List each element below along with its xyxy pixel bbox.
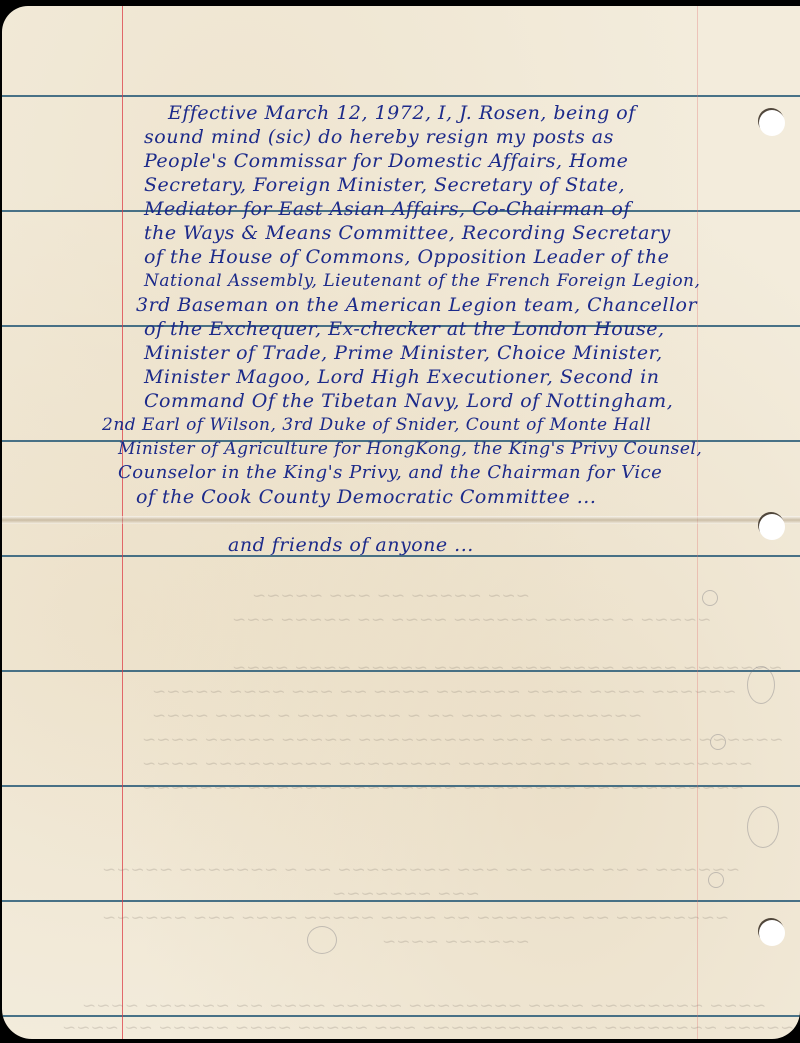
letter-line: Counselor in the King's Privy, and the C…: [118, 461, 662, 485]
letter-line: the Ways & Means Committee, Recording Se…: [144, 221, 671, 245]
letter-line: Minister of Trade, Prime Minister, Choic…: [144, 341, 663, 365]
fold-crease: [2, 516, 800, 524]
profile-sketch: [747, 806, 779, 848]
letter-line: of the Cook County Democratic Committee …: [136, 485, 596, 509]
letter-line: Mediator for East Asian Affairs, Co-Chai…: [144, 197, 631, 221]
flower-sketch: [307, 926, 337, 954]
letter-line: Minister Magoo, Lord High Executioner, S…: [144, 365, 659, 389]
punch-hole-middle: [759, 514, 785, 540]
letter-line: of the Exchequer, Ex-checker at the Lond…: [144, 317, 665, 341]
letter-line: Minister of Agriculture for HongKong, th…: [118, 437, 702, 461]
circled-number-mark: [708, 872, 724, 888]
profile-sketch: [747, 666, 775, 704]
letter-line: 2nd Earl of Wilson, 3rd Duke of Snider, …: [102, 413, 651, 437]
circled-number-mark: [710, 734, 726, 750]
letter-line: National Assembly, Lieutenant of the Fre…: [144, 269, 700, 293]
letter-line: of the House of Commons, Opposition Lead…: [144, 245, 669, 269]
punch-hole-top: [759, 110, 785, 136]
letter-line: 3rd Baseman on the American Legion team,…: [136, 293, 697, 317]
letter-line: Effective March 12, 1972, I, J. Rosen, b…: [168, 101, 636, 125]
punch-hole-bottom: [759, 920, 785, 946]
letter-line: People's Commissar for Domestic Affairs,…: [144, 149, 628, 173]
circled-number-mark: [702, 590, 718, 606]
notebook-paper: ~~~ ~~~~~ ~~ ~~~ ~~~~~ ~~~~~ ~ ~~~~~ ~~~…: [2, 6, 800, 1039]
letter-line: Command Of the Tibetan Navy, Lord of Not…: [144, 389, 673, 413]
letter-closing: and friends of anyone ...: [228, 533, 474, 557]
letter-line: sound mind (sic) do hereby resign my pos…: [144, 125, 614, 149]
letter-line: Secretary, Foreign Minister, Secretary o…: [144, 173, 625, 197]
